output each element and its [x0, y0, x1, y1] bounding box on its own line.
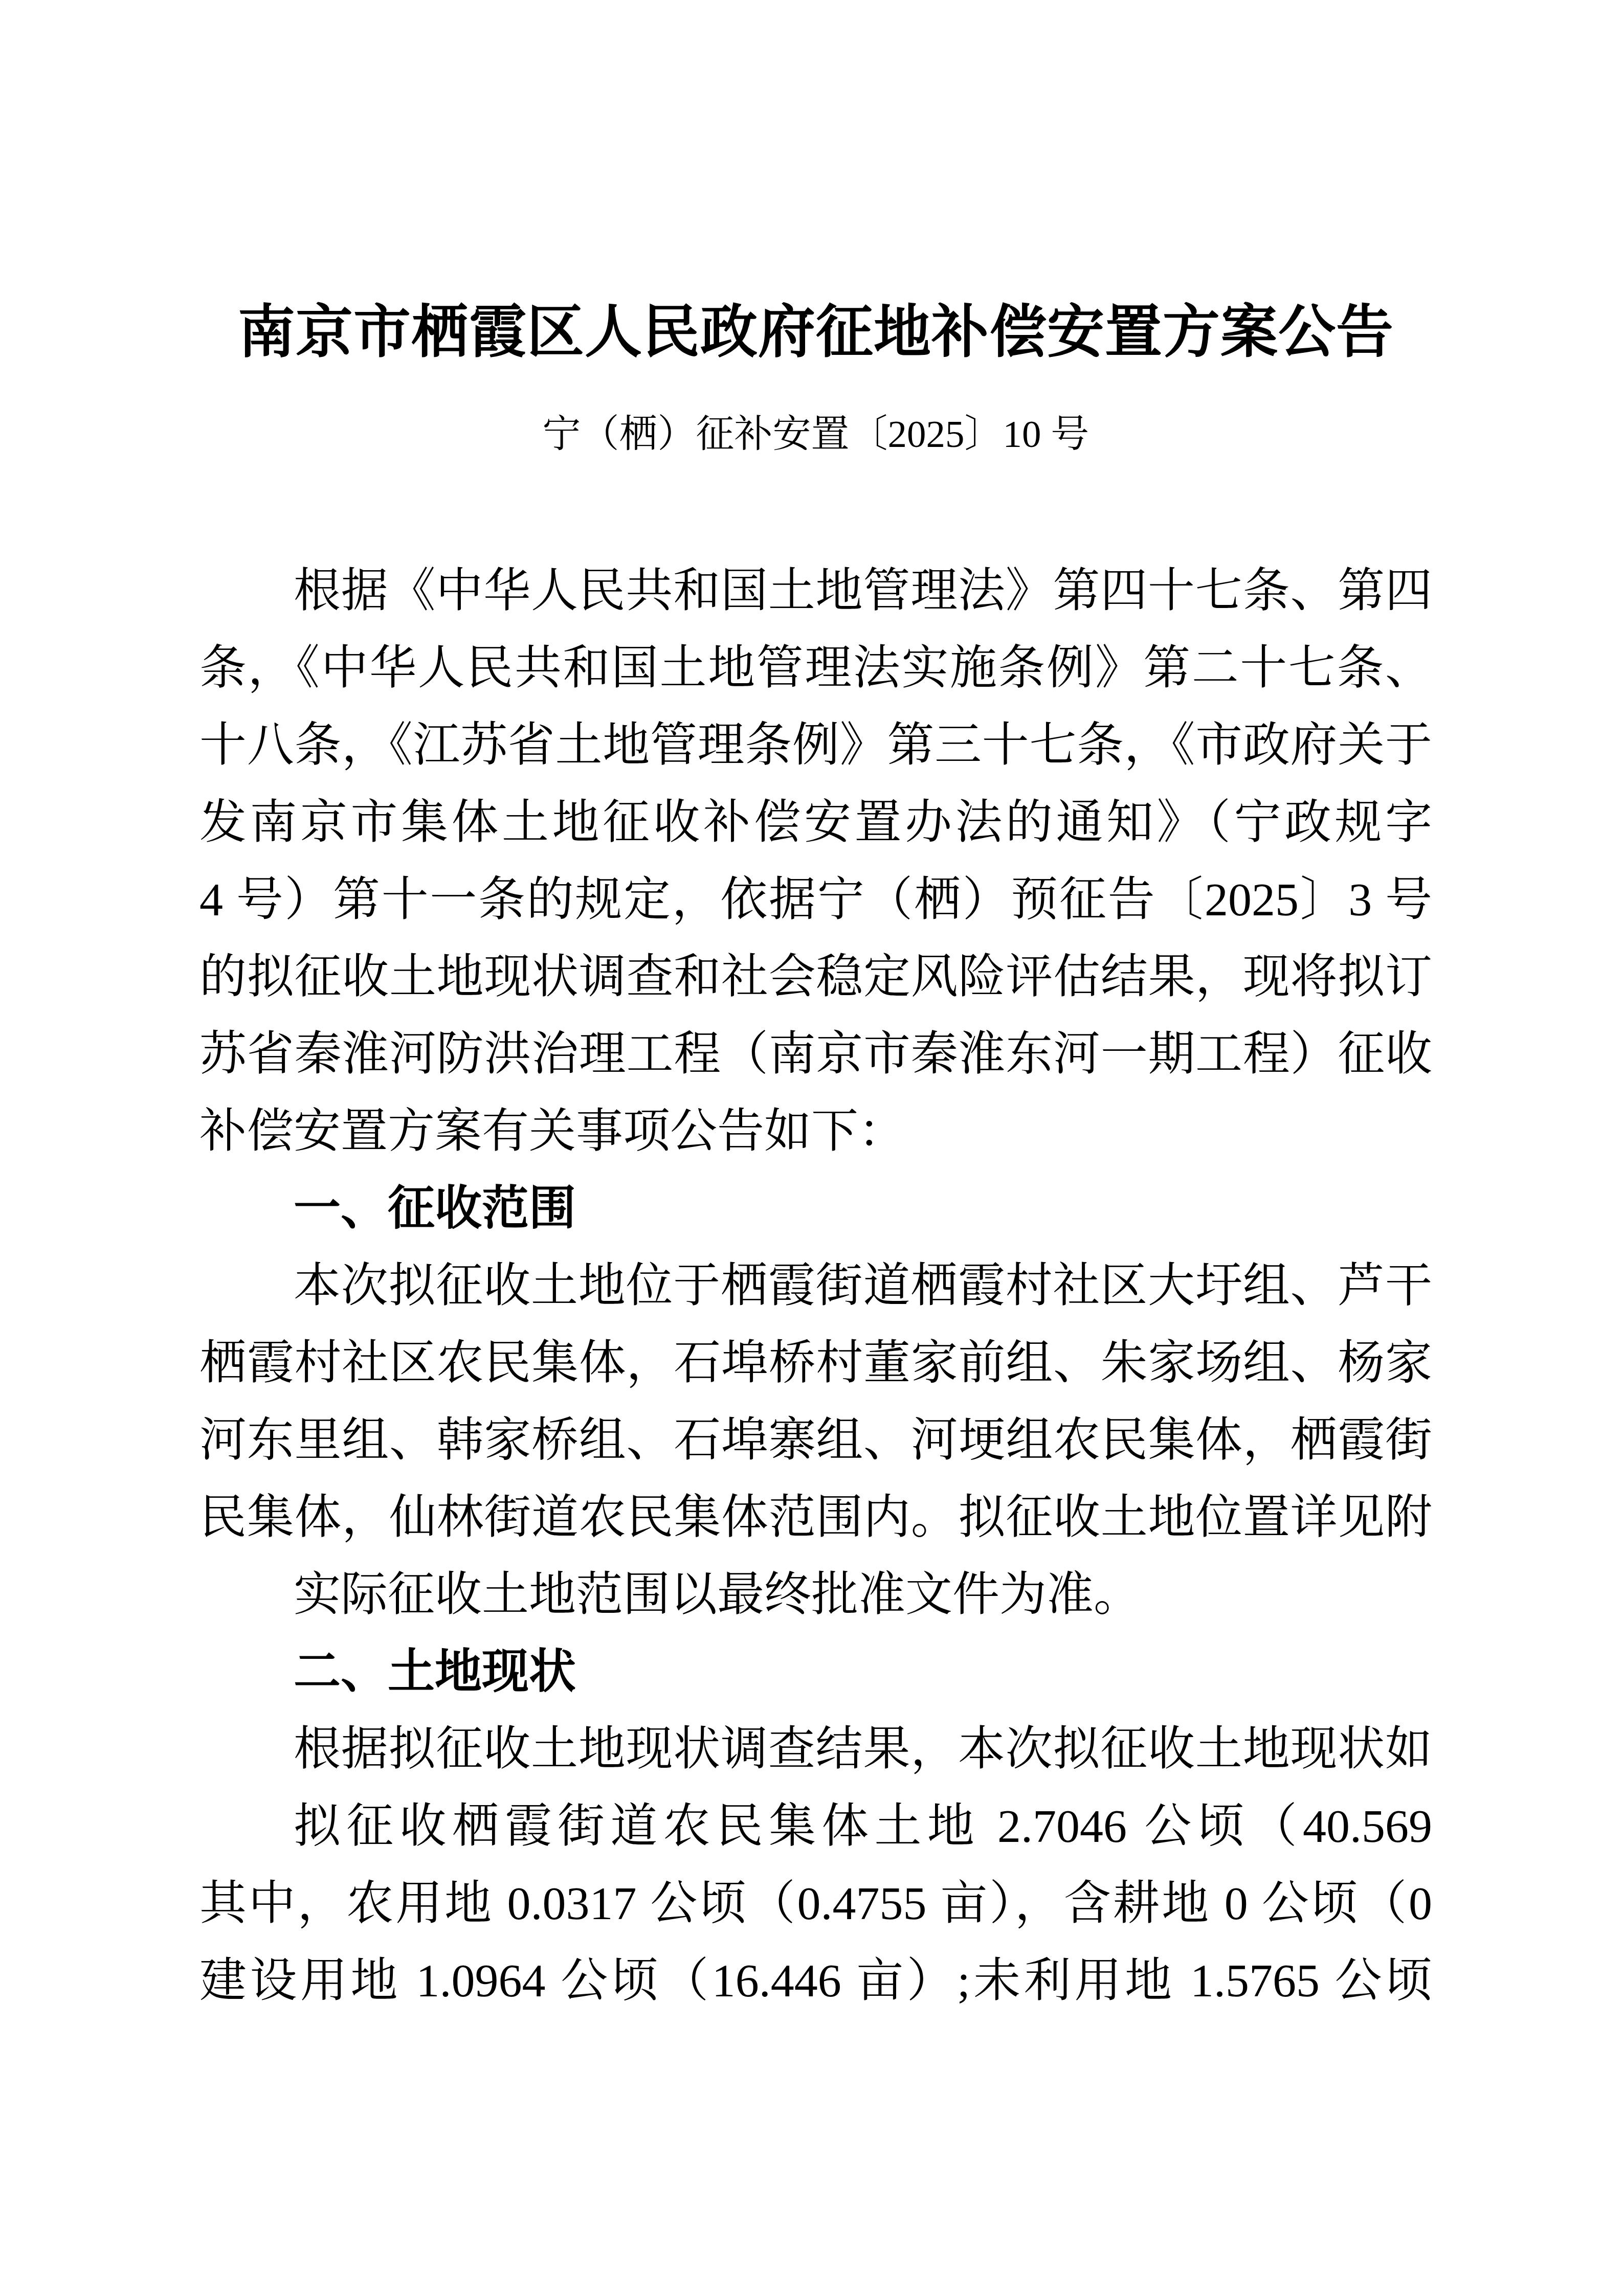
body-line: 4 号）第十一条的规定，依据宁（栖）预征告〔2025〕3 号开展 [199, 861, 1432, 938]
document-page: 南京市栖霞区人民政府征地补偿安置方案公告 宁（栖）征补安置〔2025〕10 号 … [0, 0, 1624, 2296]
body-line: 条，《中华人民共和国土地管理法实施条例》第二十七条、第二 [199, 629, 1432, 707]
body-line: 建设用地 1.0964 公顷（16.446 亩）;未利用地 1.5765 公顷（… [199, 1942, 1432, 2019]
body-line: 的拟征收土地现状调查和社会稳定风险评估结果，现将拟订的江 [199, 938, 1432, 1016]
body-line: 实际征收土地范围以最终批准文件为准。 [199, 1556, 1432, 1633]
document-number: 宁（栖）征补安置〔2025〕10 号 [199, 404, 1432, 465]
body-line: 其中，农用地 0.0317 公顷（0.4755 亩），含耕地 0 公顷（0 亩）… [199, 1865, 1432, 1942]
body-line: 本次拟征收土地位于栖霞街道栖霞村社区大圩组、芦干圩组、 [199, 1247, 1432, 1324]
body-line: 根据拟征收土地现状调查结果，本次拟征收土地现状如下： [199, 1710, 1432, 1788]
body-line: 根据《中华人民共和国土地管理法》第四十七条、第四十八 [199, 552, 1432, 629]
body-line: 十八条，《江苏省土地管理条例》第三十七条，《市政府关于印 [199, 707, 1432, 784]
document-body: 根据《中华人民共和国土地管理法》第四十七条、第四十八 条，《中华人民共和国土地管… [199, 552, 1432, 2019]
section-heading-1: 一、征收范围 [199, 1170, 1432, 1247]
body-line: 民集体，仙林街道农民集体范围内。拟征收土地位置详见附图。 [199, 1479, 1432, 1556]
body-line: 拟征收栖霞街道农民集体土地 2.7046 公顷（40.569 亩）。 [199, 1788, 1432, 1865]
section-heading-2: 二、土地现状 [199, 1633, 1432, 1710]
body-line: 栖霞村社区农民集体，石埠桥村董家前组、朱家场组、杨家场组、 [199, 1324, 1432, 1402]
body-line: 补偿安置方案有关事项公告如下： [199, 1093, 1432, 1170]
document-title: 南京市栖霞区人民政府征地补偿安置方案公告 [199, 297, 1432, 368]
body-line: 河东里组、韩家桥组、石埠寨组、河埂组农民集体，栖霞街道农 [199, 1402, 1432, 1479]
body-line: 发南京市集体土地征收补偿安置办法的通知》（宁政规字〔2022〕 [199, 784, 1432, 861]
body-line: 苏省秦淮河防洪治理工程（南京市秦淮东河一期工程）征收土地 [199, 1016, 1432, 1093]
